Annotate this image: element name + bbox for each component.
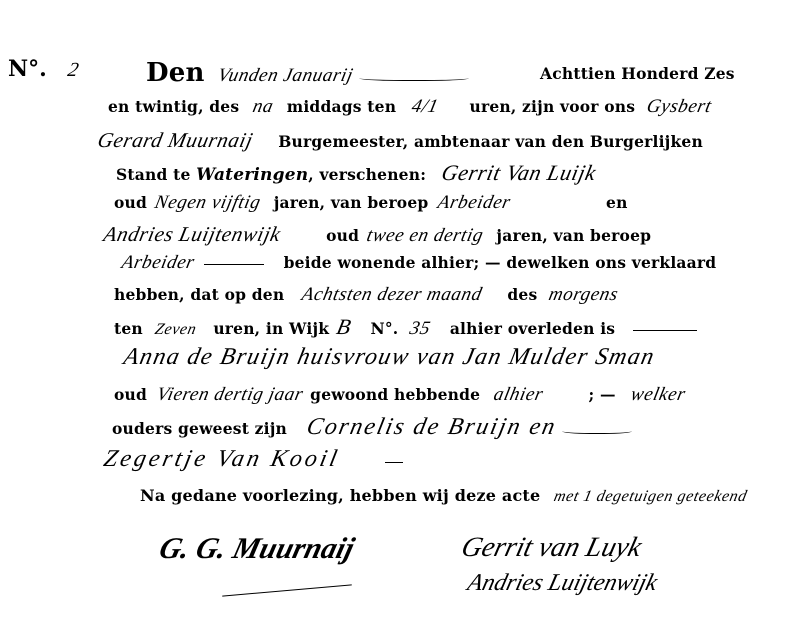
line-closing: Na gedane voorlezing, hebben wij deze ac… <box>140 486 747 506</box>
flourish <box>359 74 469 81</box>
printed-text: jaren, van beroep <box>274 193 429 212</box>
line-time: en twintig, des na middags ten 4/1 uren,… <box>108 96 711 118</box>
signature-witness-1: Gerrit van Luyk <box>458 532 645 564</box>
signature-registrar: G. G. Muurnaij <box>156 532 358 566</box>
fill-line <box>204 264 264 265</box>
line-place: Stand te Wateringen, verschenen: Gerrit … <box>116 160 596 186</box>
printed-text: jaren, van beroep <box>496 226 651 245</box>
printed-text: en twintig, des <box>108 97 239 116</box>
printed-text: en <box>606 193 628 212</box>
fill-line <box>385 462 403 463</box>
handwritten-occupation: Arbeider <box>120 252 197 274</box>
handwritten-house-number: 35 <box>408 318 433 340</box>
printed-text: hebben, dat op den <box>114 285 284 304</box>
printed-text: alhier overleden is <box>450 319 615 338</box>
handwritten-age: twee en dertig <box>364 225 485 247</box>
printed-text: , verschenen: <box>308 165 426 184</box>
printed-text: uren, zijn voor ons <box>470 97 636 116</box>
printed-text: oud <box>114 193 147 212</box>
handwritten-text: na <box>251 96 276 118</box>
fill-line <box>633 330 697 331</box>
line-date: Den Vunden Januarij <box>146 58 469 88</box>
handwritten-name: Gerard Muurnaij <box>95 128 255 153</box>
place-name: Wateringen <box>196 165 308 185</box>
line-parents-continued: Zegertje Van Kooil <box>104 446 403 473</box>
handwritten-occupation: Arbeider <box>436 192 513 214</box>
line-parents: ouders geweest zijn Cornelis de Bruijn e… <box>112 414 632 441</box>
handwritten-date: Vunden Januarij <box>216 65 355 87</box>
printed-text: ten <box>114 319 143 338</box>
printed-text: Burgemeester, ambtenaar van den Burgerli… <box>278 132 703 151</box>
printed-text: Den <box>146 58 205 88</box>
handwritten-name: Andries Luijtenwijk <box>101 222 283 247</box>
handwritten-parent-names: Cornelis de Bruijn en <box>304 414 559 441</box>
printed-text: Achttien Honderd Zes <box>540 64 735 83</box>
document-page: N°. 2 Den Vunden Januarij Achttien Honde… <box>0 0 800 640</box>
line-official: Gerard Muurnaij Burgemeester, ambtenaar … <box>98 128 703 153</box>
signature-underline <box>222 584 352 596</box>
line-residence: Arbeider beide wonende alhier; — dewelke… <box>122 252 716 274</box>
printed-text: oud <box>114 385 147 404</box>
handwritten-deceased-name: Anna de Bruijn huisvrouw van Jan Mulder … <box>121 344 657 371</box>
handwritten-hour: Zeven <box>153 321 198 339</box>
printed-text: des <box>507 285 537 304</box>
handwritten-ward: B <box>334 314 354 340</box>
printed-text: ; — <box>588 385 615 404</box>
printed-text: ouders geweest zijn <box>112 419 287 438</box>
signature-witness-2: Andries Luijtenwijk <box>465 570 660 597</box>
handwritten-text: welker <box>629 384 688 406</box>
handwritten-date: Achtsten dezer maand <box>300 284 484 306</box>
line-year: Achttien Honderd Zes <box>540 64 735 83</box>
printed-text: oud <box>326 226 359 245</box>
handwritten-text: met 1 degetuigen geteekend <box>552 488 749 506</box>
handwritten-age: Vieren dertig jaar <box>154 384 305 406</box>
handwritten-residence: alhier <box>491 384 545 406</box>
printed-text: N°. <box>370 319 398 338</box>
record-number: N°. 2 <box>8 56 79 82</box>
line-witness-1: oud Negen vijftig jaren, van beroep Arbe… <box>114 192 628 214</box>
number-value: 2 <box>66 59 81 82</box>
flourish <box>562 427 632 434</box>
line-deceased: Anna de Bruijn huisvrouw van Jan Mulder … <box>124 344 655 371</box>
printed-text: uren, in Wijk <box>213 319 329 338</box>
handwritten-name: Gysbert <box>644 96 713 118</box>
handwritten-name: Gerrit Van Luijk <box>439 160 598 186</box>
number-label: N°. <box>8 56 47 82</box>
line-death-place: ten Zeven uren, in Wijk B N°. 35 alhier … <box>114 314 697 340</box>
printed-text: Na gedane voorlezing, hebben wij deze ac… <box>140 486 540 505</box>
handwritten-age: Negen vijftig <box>152 192 262 214</box>
handwritten-time-of-day: morgens <box>547 284 621 306</box>
line-witness-2: Andries Luijtenwijk oud twee en dertig j… <box>104 222 651 247</box>
line-death-date: hebben, dat op den Achtsten dezer maand … <box>114 284 618 306</box>
printed-text: middags ten <box>287 97 396 116</box>
line-deceased-age: oud Vieren dertig jaar gewoond hebbende … <box>114 384 686 406</box>
handwritten-hour: 4/1 <box>409 96 440 118</box>
printed-text: Stand te <box>116 165 191 184</box>
handwritten-parent-names: Zegertje Van Kooil <box>101 446 342 473</box>
printed-text: gewoond hebbende <box>310 385 480 404</box>
printed-text: beide wonende alhier; — dewelken ons ver… <box>284 253 717 272</box>
